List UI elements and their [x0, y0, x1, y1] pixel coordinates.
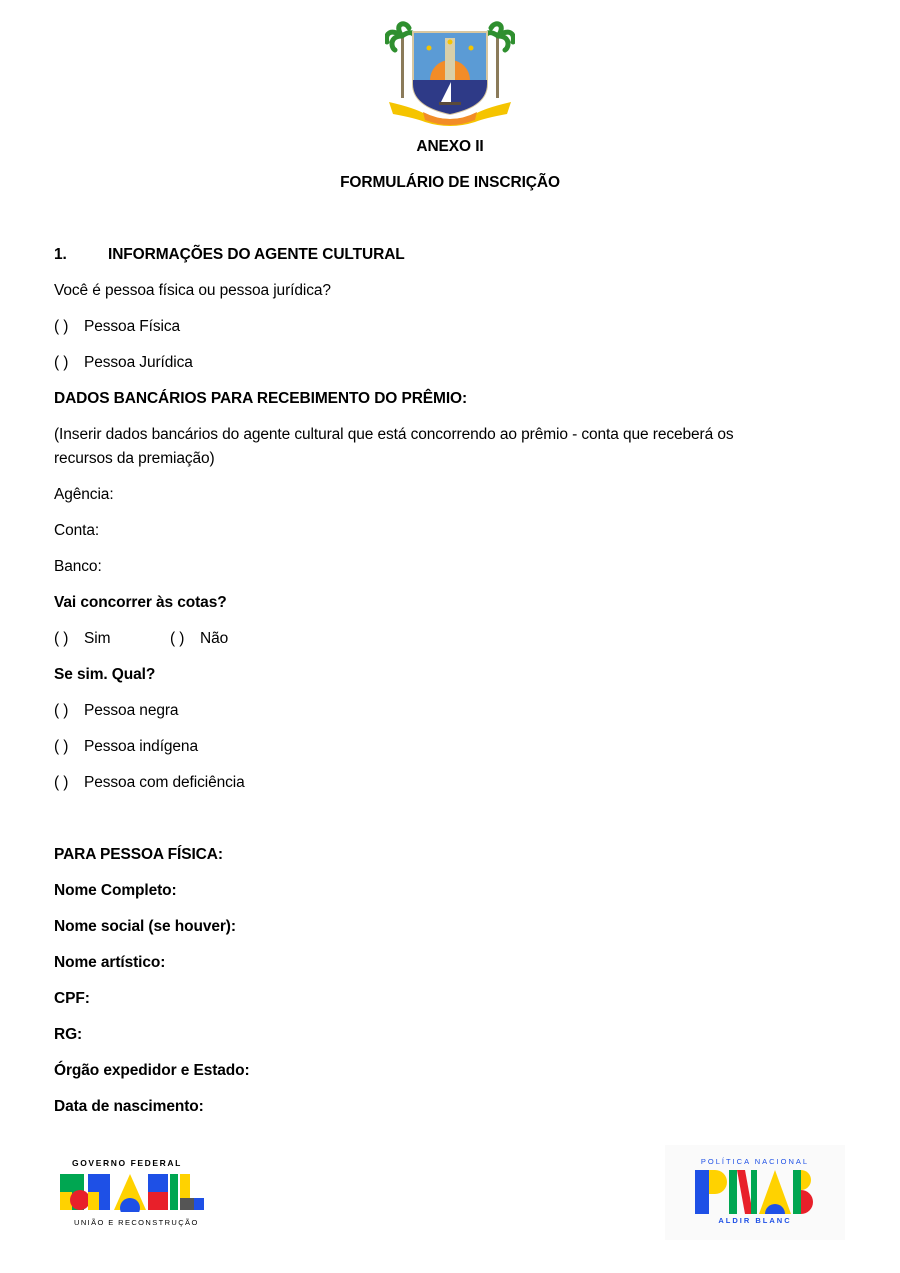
- option-quota-no[interactable]: ( )Não: [170, 629, 228, 649]
- checkbox-marker[interactable]: ( ): [54, 353, 84, 373]
- checkbox-marker[interactable]: ( ): [170, 629, 200, 649]
- field-data-nascimento[interactable]: Data de nascimento:: [54, 1097, 204, 1117]
- governo-federal-logo: GOVERNO FEDERAL UNIÃO E RECONSTRUÇÃO: [58, 1158, 208, 1230]
- option-quota-yes[interactable]: ( )Sim: [54, 629, 110, 649]
- field-agencia[interactable]: Agência:: [54, 485, 114, 505]
- option-label: Pessoa indígena: [84, 738, 198, 755]
- option-pessoa-fisica[interactable]: ( )Pessoa Física: [54, 317, 180, 337]
- option-pessoa-indigena[interactable]: ( )Pessoa indígena: [54, 737, 198, 757]
- pnab-bottom-text: ALDIR BLANC: [665, 1216, 845, 1225]
- municipal-crest-logo: [385, 18, 515, 126]
- checkbox-marker[interactable]: ( ): [54, 629, 84, 649]
- gov-bottom-text: UNIÃO E RECONSTRUÇÃO: [74, 1218, 199, 1227]
- option-label: Pessoa Jurídica: [84, 354, 193, 371]
- option-label: Não: [200, 630, 228, 647]
- field-conta[interactable]: Conta:: [54, 521, 99, 541]
- field-rg[interactable]: RG:: [54, 1025, 82, 1045]
- option-pessoa-negra[interactable]: ( )Pessoa negra: [54, 701, 178, 721]
- checkbox-marker[interactable]: ( ): [54, 737, 84, 757]
- option-label: Pessoa negra: [84, 702, 178, 719]
- field-orgao-expedidor[interactable]: Órgão expedidor e Estado:: [54, 1061, 250, 1081]
- option-label: Sim: [84, 630, 110, 647]
- option-label: Pessoa com deficiência: [84, 774, 245, 791]
- quota-question: Vai concorrer às cotas?: [54, 593, 227, 613]
- form-title: FORMULÁRIO DE INSCRIÇÃO: [0, 173, 900, 193]
- field-nome-completo[interactable]: Nome Completo:: [54, 881, 177, 901]
- palm-tree-icon: [387, 24, 416, 98]
- brasil-wordmark-icon: [60, 1172, 206, 1212]
- option-pessoa-deficiencia[interactable]: ( )Pessoa com deficiência: [54, 773, 245, 793]
- pnab-wordmark-icon: [695, 1170, 821, 1214]
- palm-tree-icon: [485, 24, 514, 98]
- bank-instruction-line1: (Inserir dados bancários do agente cultu…: [54, 425, 734, 445]
- field-cpf[interactable]: CPF:: [54, 989, 90, 1009]
- field-nome-social[interactable]: Nome social (se houver):: [54, 917, 236, 937]
- pnab-logo: POLÍTICA NACIONAL ALDIR BLANC: [665, 1145, 845, 1240]
- gov-top-text: GOVERNO FEDERAL: [72, 1158, 182, 1168]
- checkbox-marker[interactable]: ( ): [54, 317, 84, 337]
- section-number: 1.: [54, 245, 67, 265]
- checkbox-marker[interactable]: ( ): [54, 773, 84, 793]
- field-nome-artistico[interactable]: Nome artístico:: [54, 953, 165, 973]
- person-type-question: Você é pessoa física ou pessoa jurídica?: [54, 281, 331, 301]
- section-title: INFORMAÇÕES DO AGENTE CULTURAL: [108, 245, 405, 265]
- bank-data-heading: DADOS BANCÁRIOS PARA RECEBIMENTO DO PRÊM…: [54, 389, 467, 409]
- pessoa-fisica-heading: PARA PESSOA FÍSICA:: [54, 845, 223, 865]
- field-banco[interactable]: Banco:: [54, 557, 102, 577]
- quota-followup: Se sim. Qual?: [54, 665, 155, 685]
- pnab-top-text: POLÍTICA NACIONAL: [665, 1157, 845, 1166]
- option-pessoa-juridica[interactable]: ( )Pessoa Jurídica: [54, 353, 193, 373]
- bank-instruction-line2: recursos da premiação): [54, 449, 215, 469]
- option-label: Pessoa Física: [84, 318, 180, 335]
- checkbox-marker[interactable]: ( ): [54, 701, 84, 721]
- annex-title: ANEXO II: [0, 137, 900, 157]
